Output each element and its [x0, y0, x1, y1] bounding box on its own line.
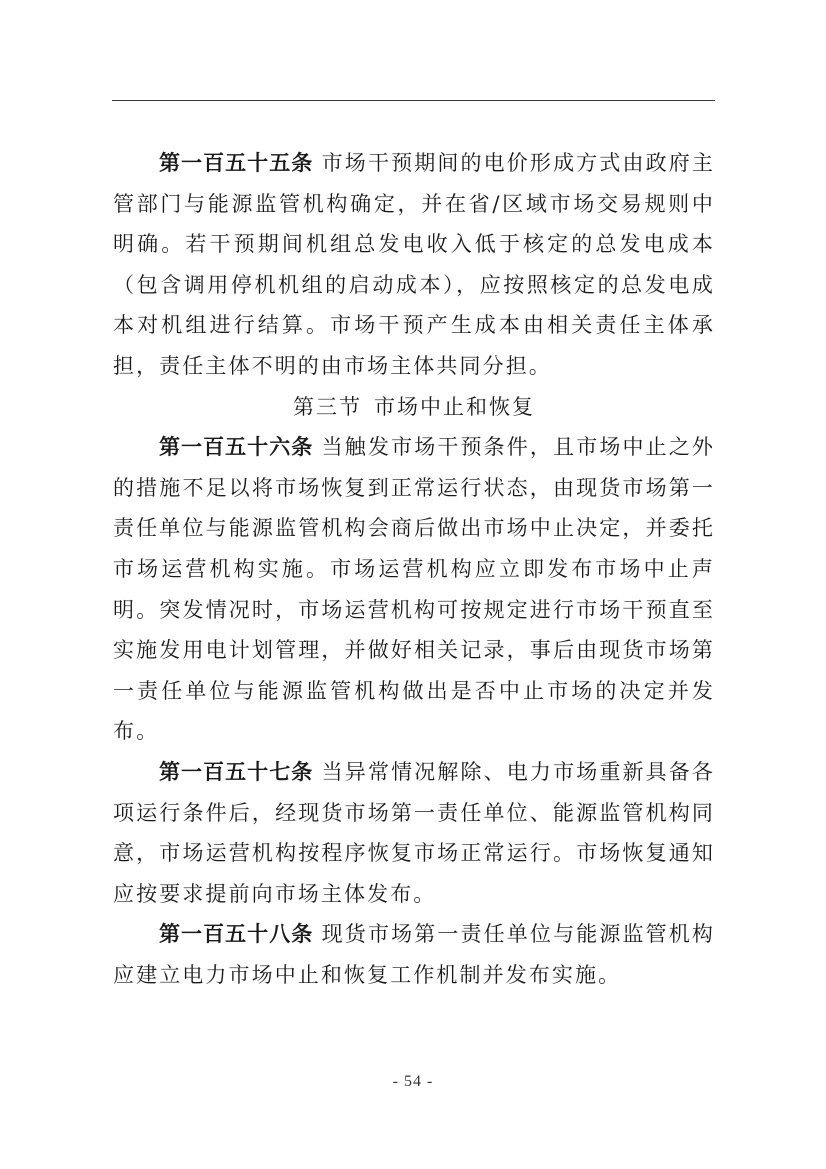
page-number: - 54 - — [0, 1073, 826, 1091]
section-heading: 第三节市场中止和恢复 — [113, 387, 715, 428]
article-text: 市场干预期间的电价形成方式由政府主管部门与能源监管机构确定，并在省/区域市场交易… — [113, 151, 715, 378]
article-number: 第一百五十七条 — [159, 759, 322, 784]
header-rule — [112, 100, 715, 101]
article-155: 第一百五十五条市场干预期间的电价形成方式由政府主管部门与能源监管机构确定，并在省… — [113, 143, 715, 387]
article-158: 第一百五十八条现货市场第一责任单位与能源监管机构应建立电力市场中止和恢复工作机制… — [113, 914, 715, 995]
page-body: 第一百五十五条市场干预期间的电价形成方式由政府主管部门与能源监管机构确定，并在省… — [113, 143, 715, 995]
article-number: 第一百五十五条 — [159, 150, 322, 175]
article-text: 当触发市场干预条件，且市场中止之外的措施不足以将市场恢复到正常运行状态，由现货市… — [113, 435, 715, 743]
article-157: 第一百五十七条当异常情况解除、电力市场重新具备各项运行条件后，经现货市场第一责任… — [113, 752, 715, 914]
article-number: 第一百五十六条 — [159, 434, 322, 459]
section-title: 市场中止和恢复 — [374, 395, 535, 419]
section-number: 第三节 — [293, 395, 362, 419]
article-156: 第一百五十六条当触发市场干预条件，且市场中止之外的措施不足以将市场恢复到正常运行… — [113, 427, 715, 752]
article-number: 第一百五十八条 — [159, 921, 322, 946]
